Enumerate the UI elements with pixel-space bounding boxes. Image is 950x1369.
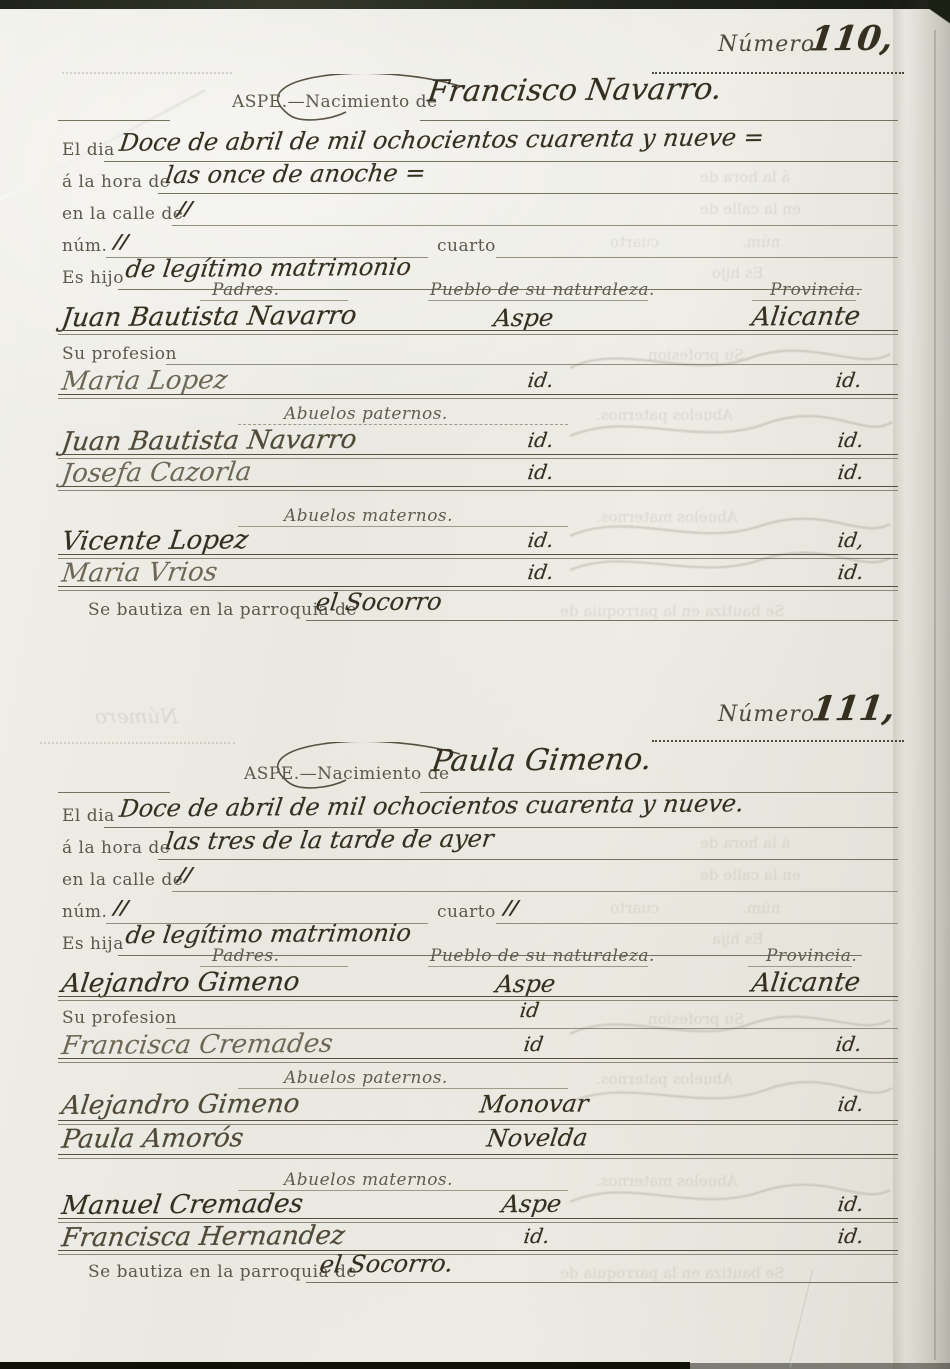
calle-rule (172, 891, 898, 892)
abuelo-paterno-name: Alejandro Gimeno (60, 1091, 301, 1119)
birth-record-110: Número 110, ASPE.—Nacimiento de Francisc… (0, 28, 950, 668)
hora-rule (158, 859, 898, 860)
numero-dotted-rule (652, 740, 904, 742)
pueblo-header-underline (428, 966, 648, 967)
ghost-abuelos-maternos: Abuelos maternos. (596, 508, 738, 526)
hijo-text: de legítimo matrimonio (124, 255, 412, 281)
ghost-bautiza-label: Se bautiza en la parroquia de (560, 1264, 785, 1282)
abuelos-paternos-header: Abuelos paternos. (284, 1068, 448, 1088)
cuarto-label: cuarto (437, 902, 496, 922)
scan-edge-top (0, 0, 950, 9)
birth-hour: las once de anoche = (164, 161, 427, 187)
father-provincia: Alicante (750, 304, 862, 331)
pueblo-header: Pueblo de su naturaleza. (430, 946, 655, 966)
parroquia-value: el Socorro. (318, 1251, 454, 1276)
abuelo-paterno-provincia: id. (837, 430, 865, 450)
ghost-abuelos-paternos: Abuelos paternos. (596, 1070, 733, 1088)
bautiza-label: Se bautiza en la parroquia de (88, 1262, 357, 1282)
form-header-prefix: ASPE.—Nacimiento de (244, 764, 450, 784)
numero-value: 111, (810, 692, 897, 727)
abuela-materna-pueblo: id. (527, 562, 555, 582)
provincia-header: Provincia. (770, 280, 861, 300)
mother-provincia: id. (835, 370, 863, 390)
provincia-header: Provincia. (766, 946, 857, 966)
cuarto-mark: // (503, 899, 519, 918)
hijo-text: de legítimo matrimonio (124, 921, 412, 947)
ghost-hijo-label: Es hijo (712, 264, 764, 282)
mother-rule (58, 394, 898, 399)
ghost-profesion-label: Su profesion (648, 1010, 744, 1028)
ghost-calle-label: en la calle de (700, 200, 801, 218)
profesion-label: Su profesion (62, 1008, 177, 1028)
father-pueblo: Aspe (494, 972, 556, 997)
abuelos-maternos-header: Abuelos maternos. (284, 506, 453, 526)
cuarto-rule (496, 923, 898, 924)
num-mark: // (113, 233, 129, 252)
profesion-label: Su profesion (62, 344, 177, 364)
scan-corner-mark (928, 0, 950, 26)
abuela-materna-rule (58, 586, 898, 591)
birth-date: Doce de abril de mil ochocientos cuarent… (118, 791, 745, 820)
child-name: Paula Gimeno. (430, 745, 653, 777)
numero-label: Número (718, 702, 815, 727)
num-label: núm. (62, 902, 107, 922)
num-mark: // (113, 899, 129, 918)
hora-label: á la hora de (62, 172, 170, 192)
child-name: Francisco Navarro. (426, 75, 724, 108)
parroquia-value: el Socorro (314, 589, 443, 614)
header-rule-stub (58, 792, 170, 793)
ghost-hijo-label: Es hija (712, 930, 763, 948)
abuela-paterna-rule (58, 1154, 898, 1159)
abuelo-materno-name: Manuel Cremades (60, 1191, 305, 1219)
cuarto-label: cuarto (437, 236, 496, 256)
ghost-numero: Número (95, 704, 178, 728)
father-rule (58, 330, 898, 335)
abuela-paterna-pueblo: id. (527, 462, 555, 482)
father-provincia: Alicante (750, 970, 862, 997)
ghost-calle-label: en la calle de (700, 866, 801, 884)
abuelo-paterno-name: Juan Bautista Navarro (60, 427, 358, 456)
abuela-paterna-name: Josefa Cazorla (60, 459, 253, 487)
abuelo-materno-provincia: id, (837, 530, 865, 550)
ghost-bautiza-label: Se bautiza en la parroquia de (560, 602, 785, 620)
el-dia-label: El dia (62, 806, 115, 826)
abuelo-paterno-provincia: id. (837, 1094, 865, 1114)
ghost-hora-label: á la hora de (700, 168, 790, 186)
abuelos-maternos-header: Abuelos maternos. (284, 1170, 453, 1190)
ghost-abuelos-paternos: Abuelos paternos. (596, 406, 733, 424)
ghost-abuelos-maternos: Abuelos maternos. (596, 1172, 738, 1190)
abuelo-materno-name: Vicente Lopez (60, 527, 250, 555)
calle-rule (172, 225, 898, 226)
mother-pueblo: id (523, 1034, 545, 1054)
abuelos-paternos-header: Abuelos paternos. (284, 404, 448, 424)
ghost-num-label: núm. (742, 233, 780, 251)
mother-provincia: id. (835, 1034, 863, 1054)
abuela-paterna-name: Paula Amorós (60, 1125, 245, 1153)
numero-label: Número (718, 32, 815, 57)
birth-hour: las tres de la tarde de ayer (164, 827, 495, 854)
abuela-materna-rule (58, 1250, 898, 1255)
padres-header: Padres. (212, 280, 280, 300)
abuela-materna-pueblo: id. (523, 1226, 551, 1246)
hijo-label: Es hija (62, 934, 124, 954)
form-header-prefix: ASPE.—Nacimiento de (232, 92, 438, 112)
ghost-cuarto-label: cuarto (610, 233, 659, 251)
mother-name: Maria Lopez (60, 367, 229, 394)
pueblo-header: Pueblo de su naturaleza. (430, 280, 655, 300)
mother-pueblo: id. (527, 370, 555, 390)
father-name: Alejandro Gimeno (60, 969, 301, 997)
abuelo-paterno-pueblo: id. (527, 430, 555, 450)
cuarto-rule (496, 257, 898, 258)
abuela-paterna-pueblo: Novelda (485, 1126, 589, 1151)
ghost-hora-label: á la hora de (700, 834, 790, 852)
bautiza-rule (306, 620, 898, 621)
abuelo-materno-pueblo: id. (527, 530, 555, 550)
hora-rule (158, 193, 898, 194)
header-rule (420, 120, 898, 121)
abuela-paterna-rule (58, 486, 898, 491)
calle-label: en la calle de (62, 870, 183, 890)
birth-date: Doce de abril de mil ochocientos cuarent… (118, 125, 765, 155)
profesion-value: id (519, 1000, 541, 1020)
calle-label: en la calle de (62, 204, 183, 224)
abuelo-materno-pueblo: Aspe (500, 1192, 562, 1217)
num-label: núm. (62, 236, 107, 256)
mother-name: Francisca Cremades (60, 1031, 334, 1059)
mother-rule (58, 1058, 898, 1063)
header-rule-stub (58, 120, 170, 121)
el-dia-label: El dia (62, 140, 115, 160)
ghost-dotted-rule (62, 72, 232, 74)
pueblo-header-underline (428, 300, 648, 301)
profesion-rule (166, 364, 898, 365)
bautiza-rule (306, 1282, 898, 1283)
ghost-dotted-rule (40, 742, 235, 744)
padres-header: Padres. (212, 946, 280, 966)
abuelo-paterno-pueblo: Monovar (478, 1092, 590, 1117)
ghost-num-label: núm. (742, 899, 780, 917)
ghost-cuarto-label: cuarto (610, 899, 659, 917)
father-name: Juan Bautista Navarro (60, 303, 358, 332)
birth-record-111: Número 111, Número ASPE.—Nacimiento de P… (0, 694, 950, 1334)
abuela-materna-provincia: id. (837, 1226, 865, 1246)
father-pueblo: Aspe (492, 306, 554, 331)
scan-edge-bottom-left (0, 1362, 690, 1369)
numero-value: 110, (808, 22, 895, 57)
abuela-materna-name: Maria Vrios (60, 559, 219, 586)
abuelos-maternos-underline (238, 526, 568, 527)
abuela-materna-provincia: id. (837, 562, 865, 582)
abuela-materna-name: Francisca Hernandez (60, 1223, 346, 1251)
registry-page-scan: Número 110, ASPE.—Nacimiento de Francisc… (0, 0, 950, 1369)
ghost-profesion-label: Su profesion (648, 346, 744, 364)
calle-mark: // (177, 866, 193, 885)
hora-label: á la hora de (62, 838, 170, 858)
hijo-label: Es hijo (62, 268, 124, 288)
abuela-paterna-provincia: id. (837, 462, 865, 482)
father-rule (58, 996, 898, 1001)
abuelo-materno-provincia: id. (837, 1194, 865, 1214)
calle-mark: // (177, 200, 193, 219)
